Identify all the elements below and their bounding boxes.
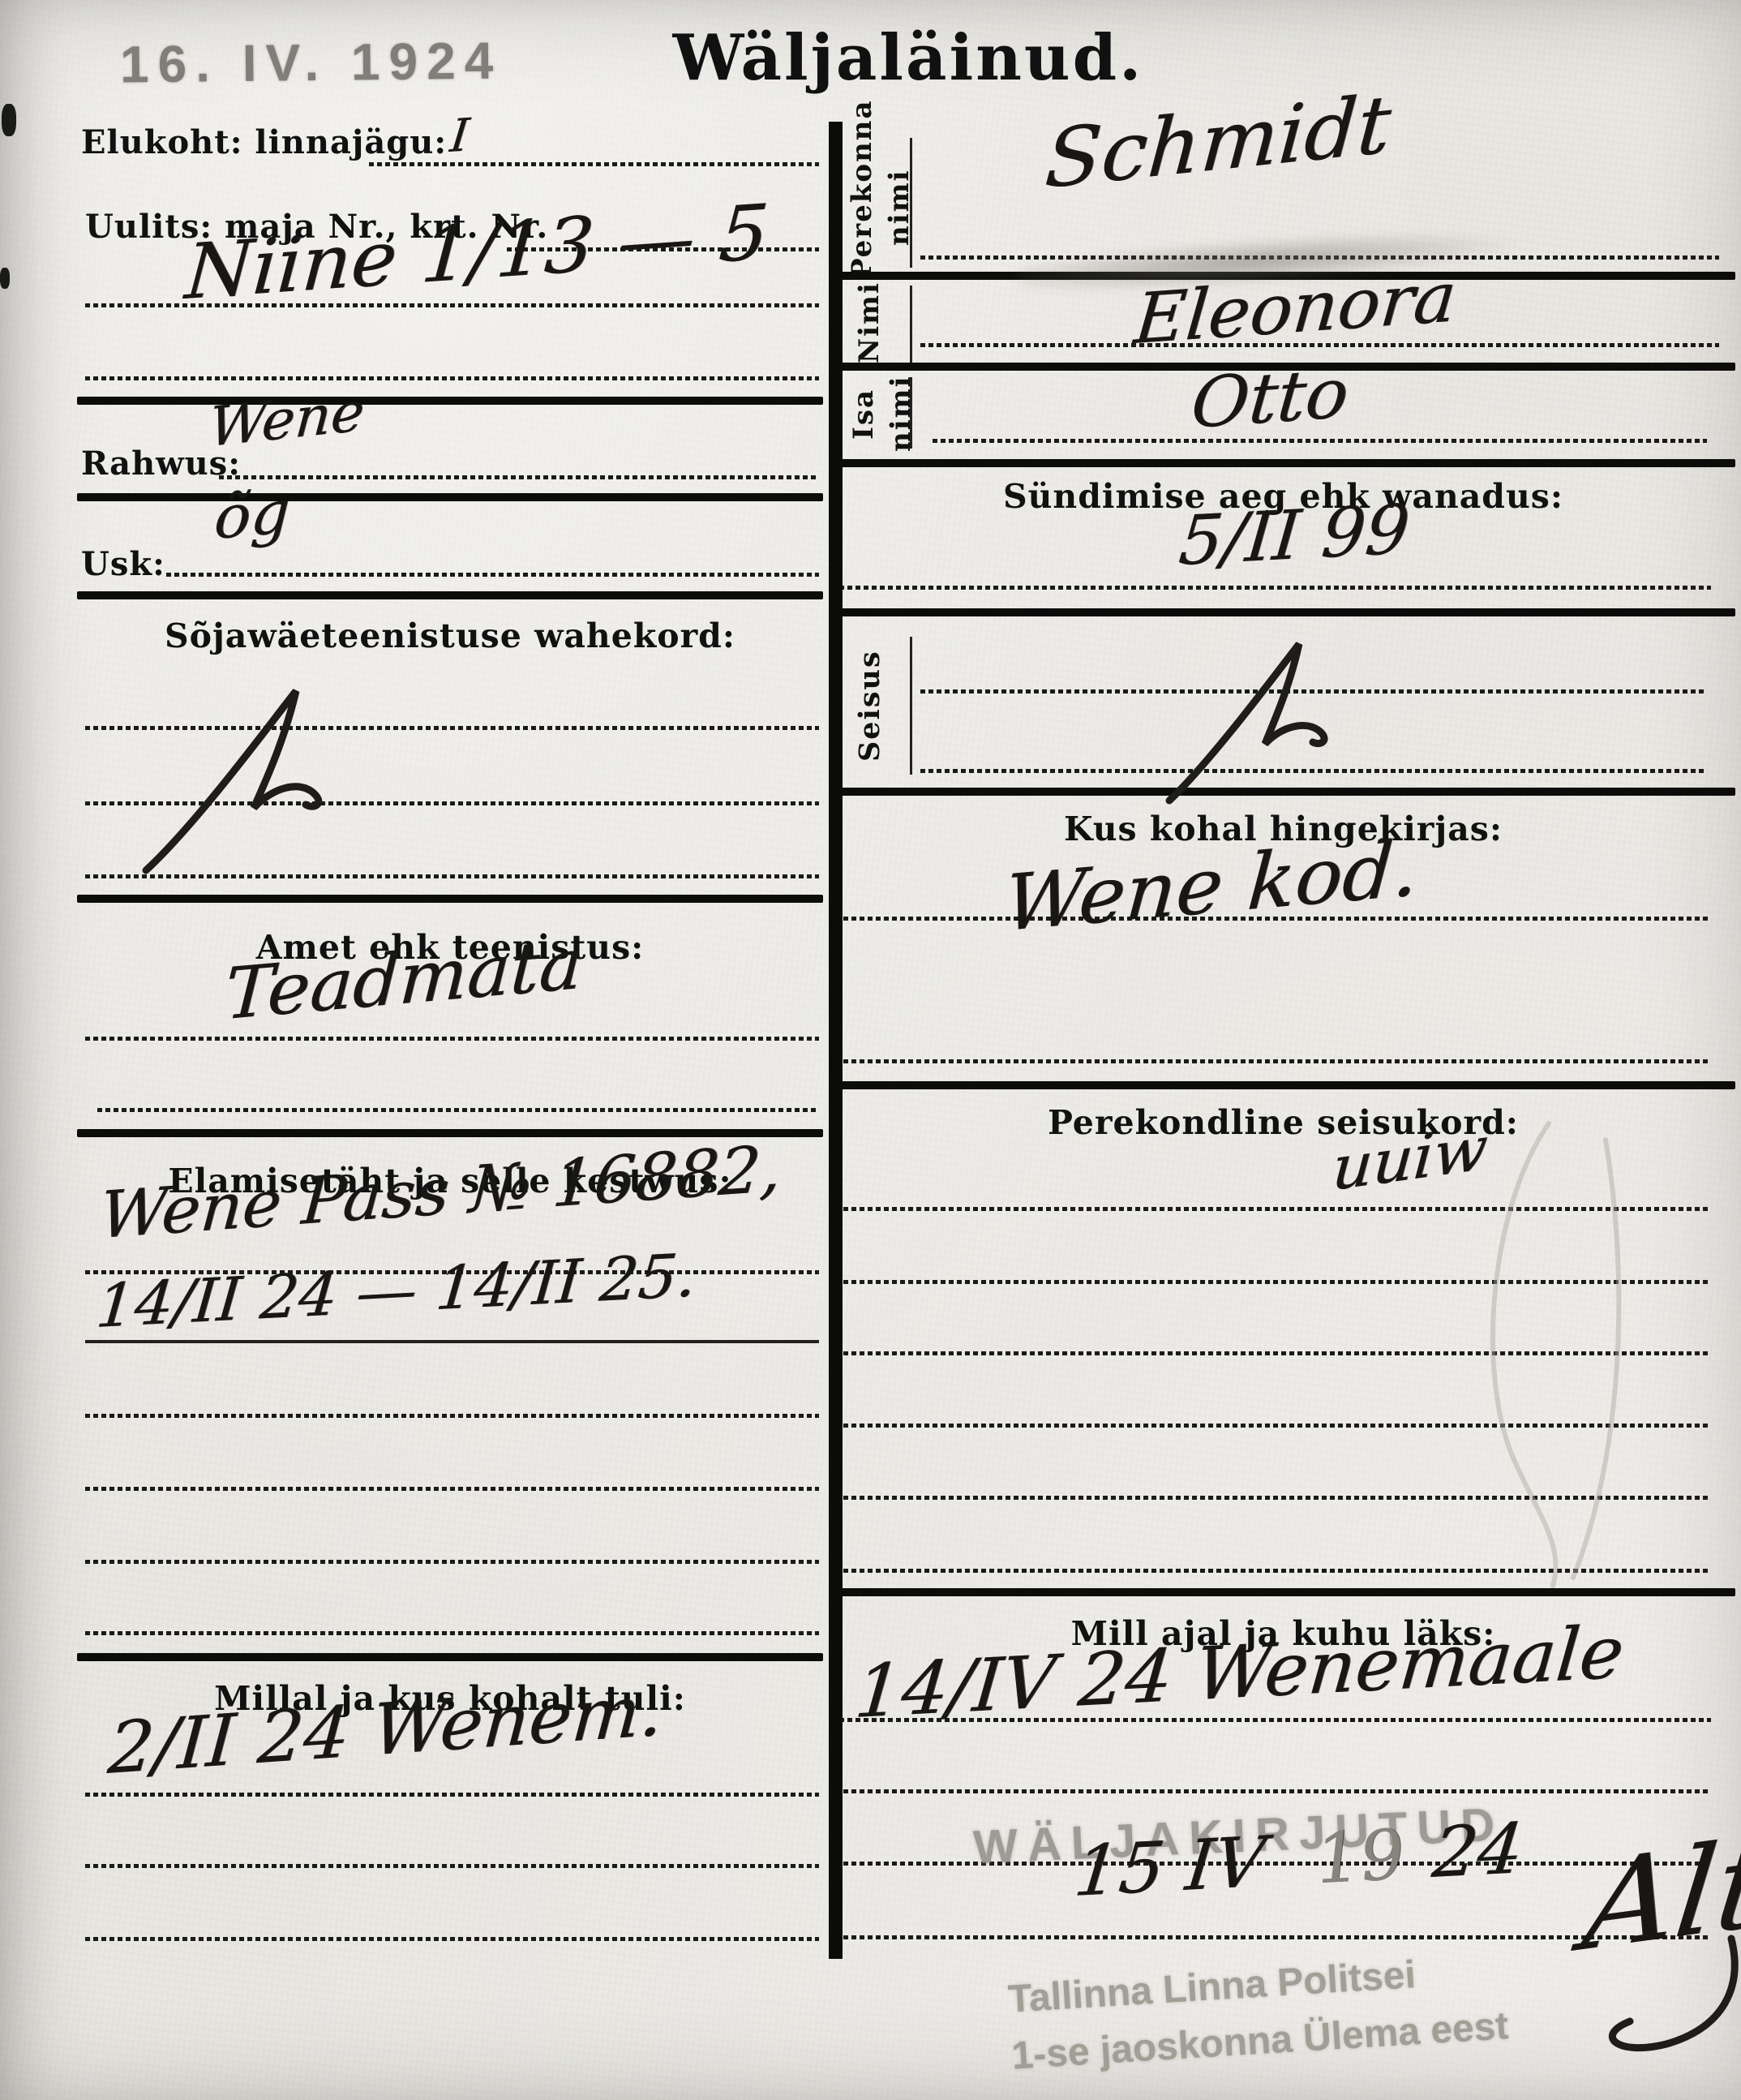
handwriting-elamisetaht-line1: Wene Pass № 16882, (97, 1131, 784, 1253)
rule-line (829, 459, 1735, 467)
rule-line (910, 286, 912, 363)
rule-line (77, 493, 823, 501)
rule-line (369, 162, 819, 166)
rule-line (85, 1414, 819, 1418)
rule-line (920, 256, 1719, 260)
date-year-prefix-print: 19 (1310, 1814, 1409, 1900)
handwriting-isa-nimi-value: Otto (1188, 353, 1352, 444)
field-label-usk: Usk: (81, 545, 165, 583)
scanned-document: Wäljaläinud. 16. IV. 1924 Elukoht: linna… (0, 0, 1741, 2100)
rule-line (85, 376, 819, 380)
rule-line (910, 637, 912, 775)
scan-speck (0, 268, 10, 289)
rule-line (933, 439, 1707, 443)
rule-line (835, 1789, 1711, 1793)
field-label-sojawaeteenistus: Sõjawäeteenistuse wahekord: (77, 616, 823, 655)
rule-line (77, 397, 823, 405)
pencil-scribble (1362, 1107, 1670, 1594)
rule-line (843, 1059, 1711, 1063)
rule-line (910, 138, 912, 268)
rule-line (85, 1037, 819, 1041)
signature-flourish (1545, 1930, 1741, 2076)
field-label-perekonna-nimi: Perekonna nimi (843, 136, 918, 279)
handwriting-perekonna-nimi-value: Schmidt (1042, 77, 1394, 207)
rule-line (77, 591, 823, 599)
received-date-stamp: 16. IV. 1924 (120, 31, 503, 95)
rule-line (85, 1937, 819, 1941)
column-divider (829, 122, 843, 1959)
rule-line (839, 586, 1711, 590)
rule-line (85, 1793, 819, 1797)
rule-line (85, 1487, 819, 1491)
flourish-mark (134, 680, 401, 883)
rule-line (85, 1864, 819, 1868)
field-label-seisus: Seisus (853, 634, 898, 777)
rule-line (219, 475, 819, 479)
rule-line (829, 608, 1735, 616)
rule-line (829, 1081, 1735, 1089)
scan-speck (2, 104, 16, 136)
rule-line (97, 1108, 819, 1112)
handwriting-elamisetaht-line2: 14/II 24 — 14/II 25. (93, 1241, 699, 1342)
rule-line (85, 1340, 819, 1343)
rule-line (910, 377, 912, 449)
handwriting-elukoht-value: I (448, 110, 471, 163)
rule-line (85, 1560, 819, 1564)
field-label-isa-nimi: Isa nimi (845, 375, 920, 453)
rule-line (77, 895, 823, 903)
flourish-mark (1160, 634, 1403, 813)
handwriting-sundimise-aeg-value: 5/II 99 (1176, 489, 1413, 581)
page-title: Wäljaläinud. (600, 21, 1216, 95)
rule-line (166, 573, 819, 577)
field-label-nimi: Nimi (853, 286, 898, 363)
date-day-month: 15 IV (1070, 1822, 1269, 1913)
rule-line (77, 1653, 823, 1661)
date-year: 24 (1429, 1808, 1527, 1894)
field-label-elukoht: Elukoht: linnajägu: (81, 123, 447, 161)
handwriting-usk-value: õg (212, 477, 291, 553)
handwriting-rahwus-value: Wene (207, 380, 367, 460)
rule-line (85, 1631, 819, 1635)
politsei-stamp: Tallinna Linna Politsei 1-se jaoskonna Ü… (1006, 1941, 1510, 2085)
